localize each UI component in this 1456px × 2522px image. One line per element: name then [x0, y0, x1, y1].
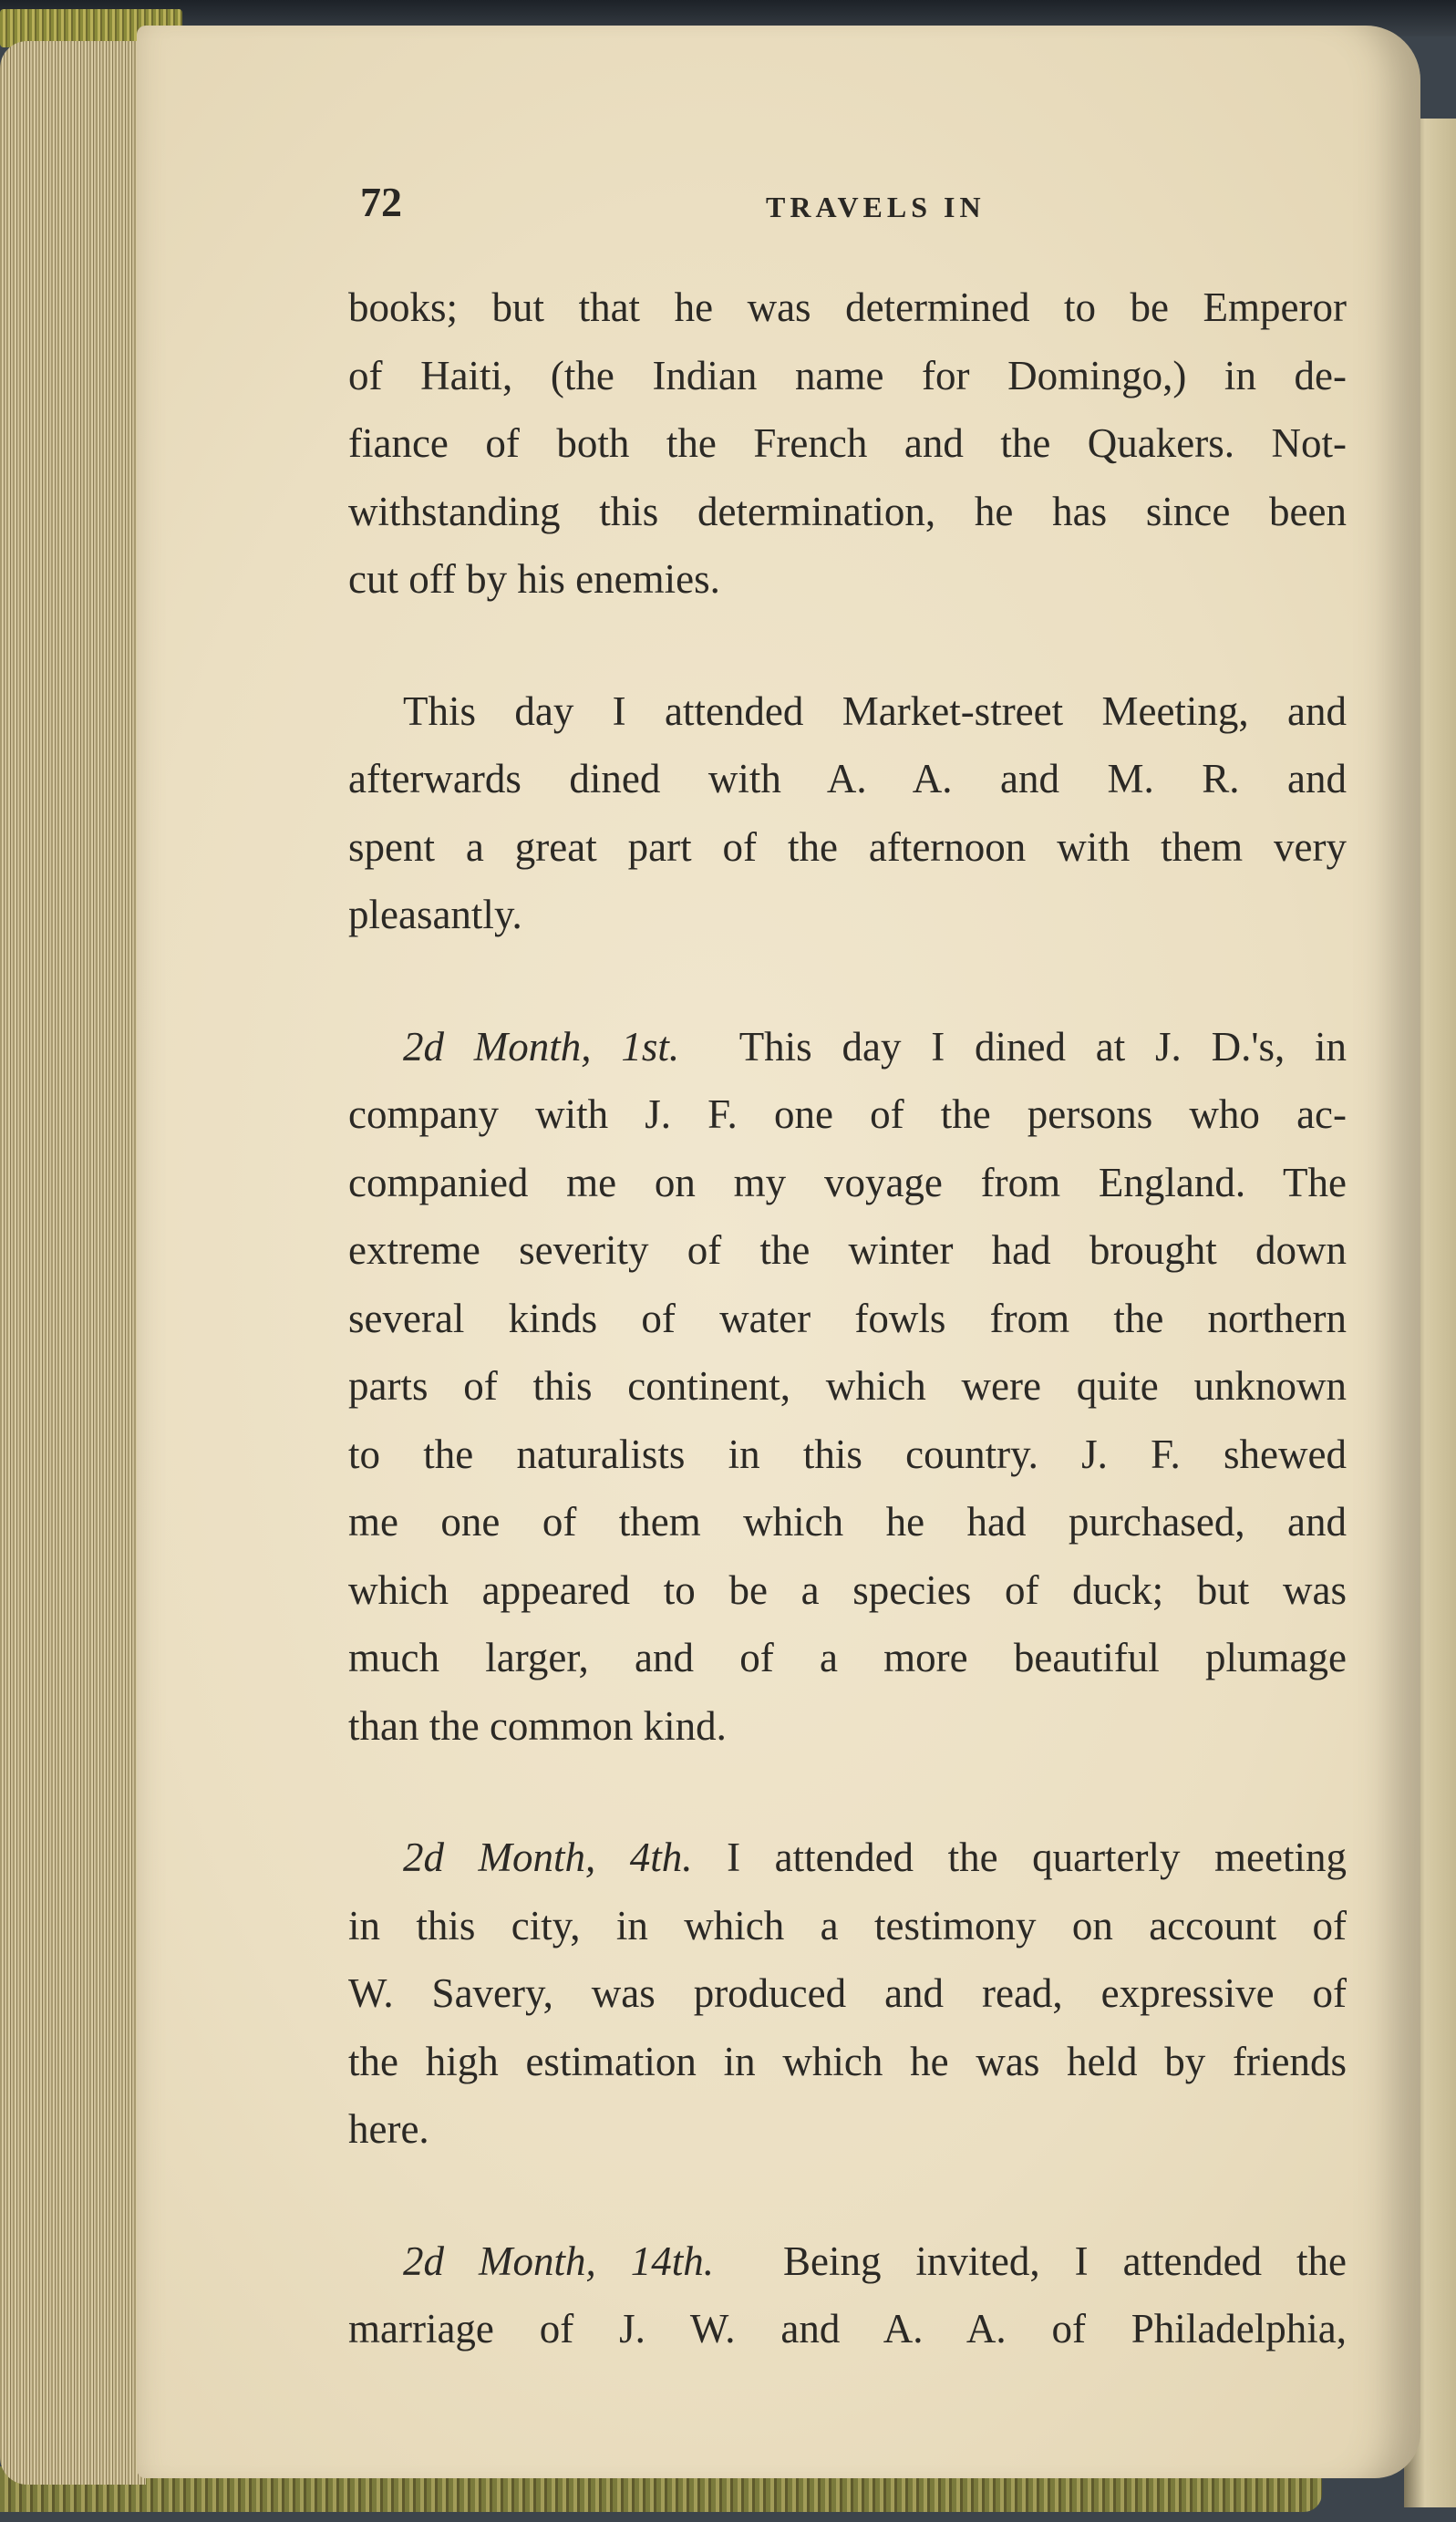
text-line: 2d Month, 1st. This day I dined at J. D.…	[348, 1013, 1347, 1081]
text-line: withstanding this determination, he has …	[348, 478, 1347, 546]
paragraph-2: This day I attended Market-street Meetin…	[348, 677, 1347, 949]
text-line: company with J. F. one of the persons wh…	[348, 1080, 1347, 1149]
text-line: 2d Month, 14th. Being invited, I attende…	[348, 2227, 1347, 2296]
text-line: here.	[348, 2095, 1347, 2164]
text-line: extreme severity of the winter had broug…	[348, 1216, 1347, 1285]
paragraph-5: 2d Month, 14th. Being invited, I attende…	[348, 2227, 1347, 2363]
entry-date: 2d Month, 4th.	[403, 1835, 693, 1880]
text-line: the high estimation in which he was held…	[348, 2028, 1347, 2096]
running-head: TRAVELS IN	[766, 191, 986, 224]
text-line: me one of them which he had purchased, a…	[348, 1488, 1347, 1556]
page-number: 72	[360, 178, 402, 226]
text-line: companied me on my voyage from England. …	[348, 1149, 1347, 1217]
text-line: several kinds of water fowls from the no…	[348, 1285, 1347, 1353]
text-line: in this city, in which a testimony on ac…	[348, 1892, 1347, 1960]
text-line: books; but that he was determined to be …	[348, 274, 1347, 342]
paragraph-3: 2d Month, 1st. This day I dined at J. D.…	[348, 1013, 1347, 1761]
page-stack-edge	[0, 41, 146, 2485]
entry-date: 2d Month, 1st.	[403, 1024, 679, 1070]
text-line: W. Savery, was produced and read, expres…	[348, 1959, 1347, 2028]
text-line: than the common kind.	[348, 1692, 1347, 1761]
text-line: to the naturalists in this country. J. F…	[348, 1421, 1347, 1489]
text-line: pleasantly.	[348, 881, 1347, 949]
text-line: 2d Month, 4th. I attended the quarterly …	[348, 1824, 1347, 1892]
text-line: of Haiti, (the Indian name for Domingo,)…	[348, 342, 1347, 410]
text-line: This day I attended Market-street Meetin…	[348, 677, 1347, 746]
text-line: cut off by his enemies.	[348, 545, 1347, 614]
text-line: spent a great part of the afternoon with…	[348, 813, 1347, 882]
text-line: fiance of both the French and the Quaker…	[348, 409, 1347, 478]
page-header: 72 TRAVELS IN	[360, 178, 1327, 233]
paragraph-4: 2d Month, 4th. I attended the quarterly …	[348, 1824, 1347, 2164]
text-line: afterwards dined with A. A. and M. R. an…	[348, 745, 1347, 813]
entry-date: 2d Month, 14th.	[403, 2238, 714, 2284]
paragraph-1: books; but that he was determined to be …	[348, 274, 1347, 614]
body-text: books; but that he was determined to be …	[348, 274, 1347, 2427]
text-line: which appeared to be a species of duck; …	[348, 1556, 1347, 1625]
text-line: parts of this continent, which were quit…	[348, 1352, 1347, 1421]
text-line: much larger, and of a more beautiful plu…	[348, 1624, 1347, 1692]
text-line: marriage of J. W. and A. A. of Philadelp…	[348, 2295, 1347, 2363]
